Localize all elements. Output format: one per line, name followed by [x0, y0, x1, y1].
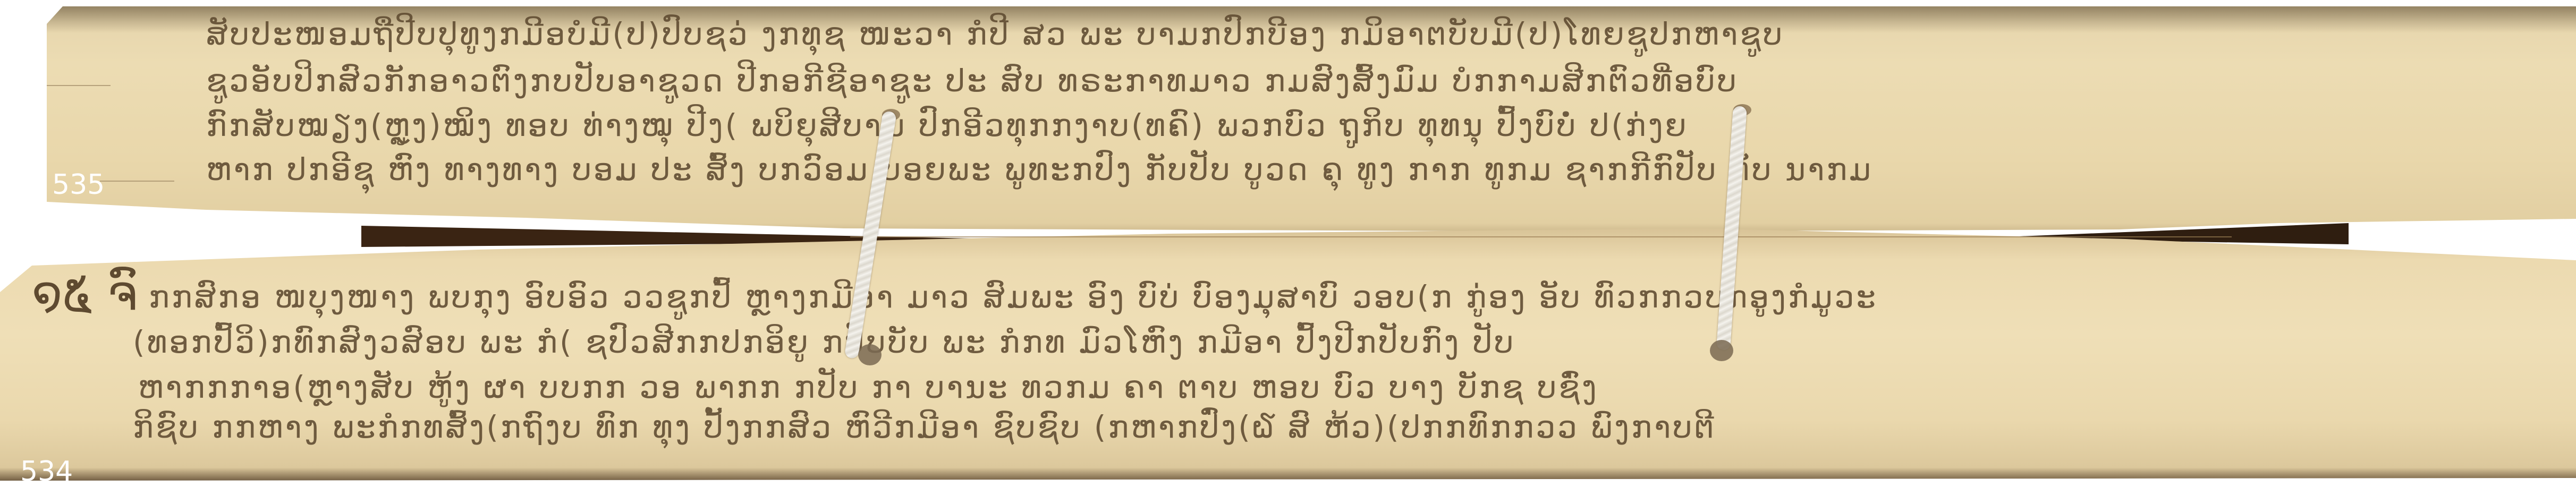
- script-line-4: ກິຊົບ ກກຫາງ ພະກໍກທສົ້ງ(ກຖົງບ ທົກ ທຸງ ປັ້…: [133, 409, 1716, 445]
- leaf-margin-numeral: ໑໕ ຈົ: [32, 266, 138, 321]
- script-line-3: ກົກສັບໝຽງ(ຫຼູງ)ໝິງ ທອບ ທ່າງໝຸ ປີງ( ພບິຍຸ…: [206, 107, 1689, 143]
- script-line-1: ກກສົກອ ໜບຸງໜາງ ພບກຸງ ອົບອົວ ວວຊູກປົ້ ຫຼາ…: [149, 279, 1878, 315]
- script-line-4: ຫາກ ປກອີຊຸ ຫົງ ທາງທາງ ບອມ ປະ ສົ້ງ ບກວົອມ…: [206, 151, 1873, 187]
- script-line-1: ສັບປະໜອມຖືປີບປຸທູງກມີອບໍມີ(ປ)ປົບຊວ່ ງກທຸ…: [206, 16, 1784, 52]
- ruled-line: [47, 85, 111, 86]
- leaf-index-label-534: 534: [20, 458, 73, 485]
- palm-leaf-535: ສັບປະໜອມຖືປີບປຸທູງກມີອບໍມີ(ປ)ປົບຊວ່ ງກທຸ…: [47, 0, 2576, 233]
- leaf-contact-seam: [850, 236, 2232, 237]
- script-line-3: ຫາກກກາອ(ຫຼາງສັບ ຫູ້ງ ຜາ ບບກກ ວອ ພາກກ ກປັ…: [138, 369, 1599, 405]
- manuscript-photo: ສັບປະໜອມຖືປີບປຸທູງກມີອບໍມີ(ປ)ປົບຊວ່ ງກທຸ…: [0, 0, 2576, 495]
- palm-leaf-534: ໑໕ ຈົ ກກສົກອ ໜບຸງໜາງ ພບກຸງ ອົບອົວ ວວຊູກປ…: [0, 228, 2576, 483]
- string-knot-icon: [1710, 340, 1733, 361]
- string-knot-icon: [858, 344, 882, 365]
- leaf-index-label-535: 535: [52, 171, 105, 199]
- script-line-2: ຊູວອັບປິກສົວກັກອາວຕົງກບປັບອາຊູວດ ປີກອກີຊ…: [206, 63, 1739, 99]
- script-line-2: (ທອກປົ້ວິ)ກທົກສົງວສົອບ ພະ ກໍ( ຊປົວສີກກປກ…: [133, 324, 1515, 360]
- ruled-line: [100, 181, 174, 182]
